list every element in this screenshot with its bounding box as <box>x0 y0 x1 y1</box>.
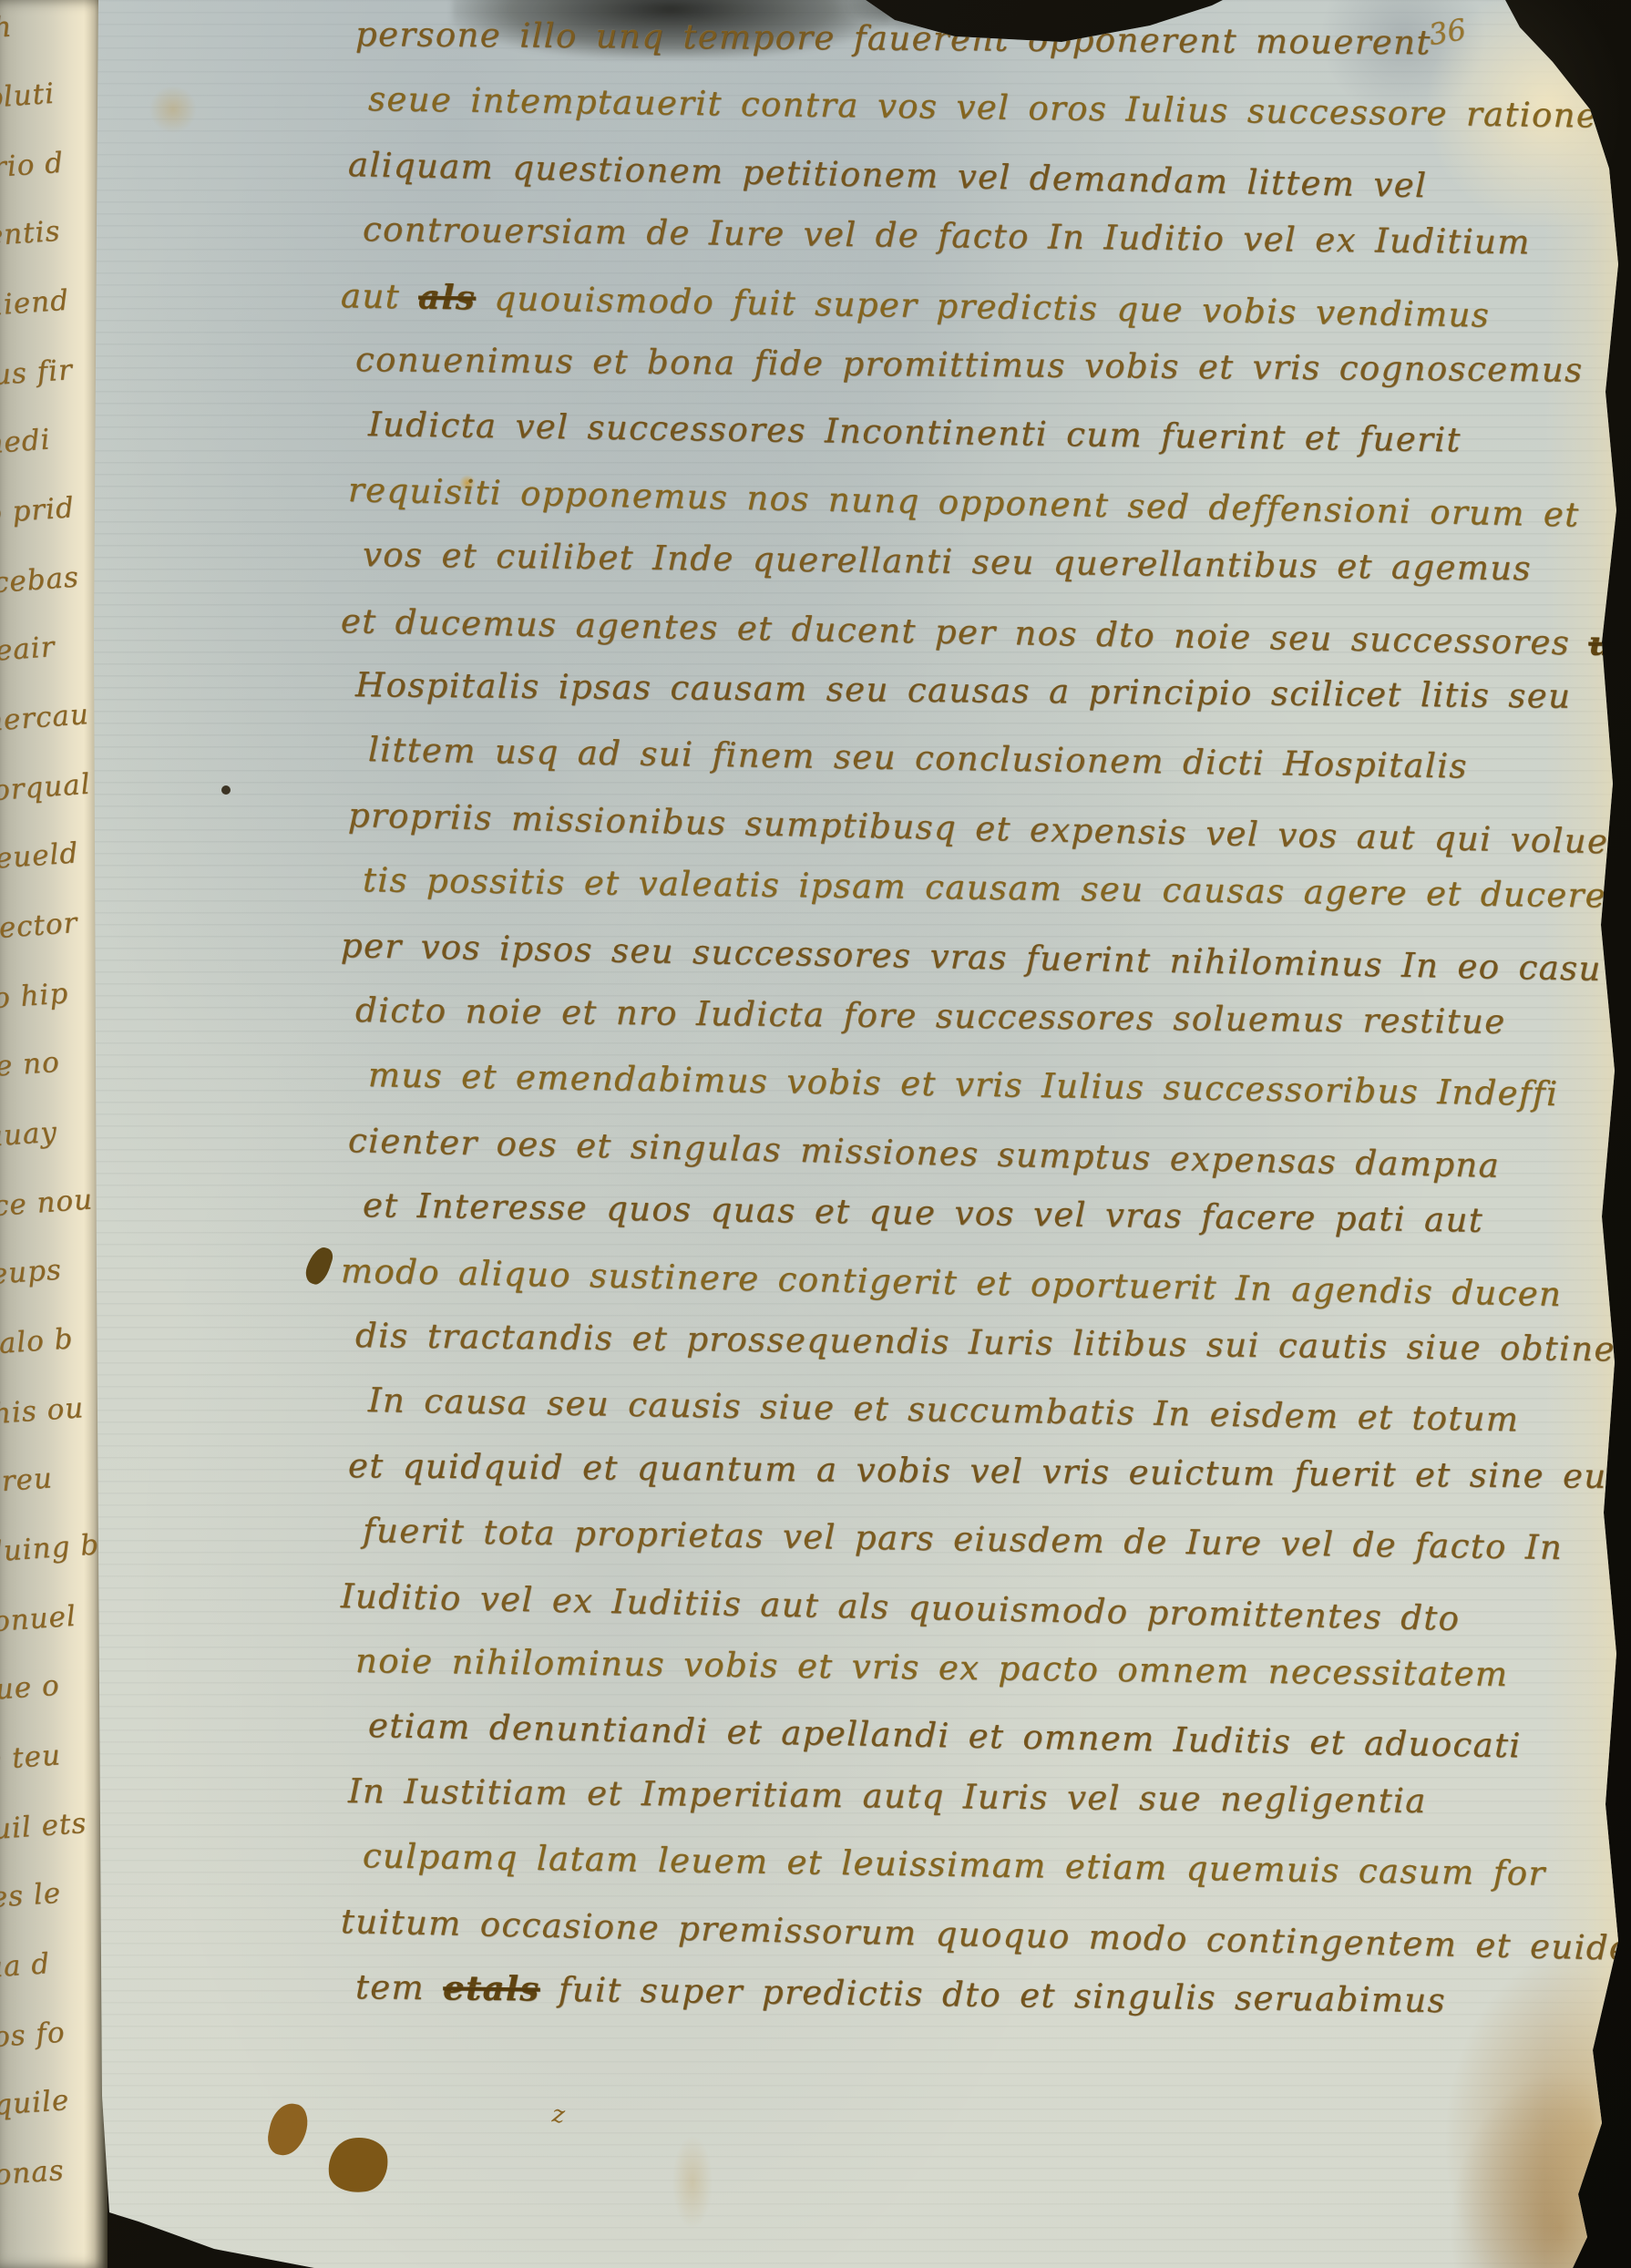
manuscript-line: et quidquid et quantum a vobis vel vris … <box>348 1446 1631 1496</box>
gutter-text-fragment: os fo <box>0 2016 67 2053</box>
gutter-text-fragment: o prid <box>0 491 76 530</box>
gutter-fragment-text: o hip <box>0 977 69 1015</box>
gutter-fragment-text: his ou <box>0 1391 85 1431</box>
gutter-text-fragment: ch <box>0 10 13 46</box>
gutter-text-fragment: ueair <box>0 631 56 669</box>
manuscript-line: propriis missionibus sumptibusq et expen… <box>348 795 1631 862</box>
gutter-fragment-text: o prid <box>0 491 76 530</box>
gutter-fragment-text: pluti <box>0 77 56 115</box>
gutter-text-fragment: e teu <box>0 1739 62 1777</box>
manuscript-line: et Interesse quos quas et que vos vel vr… <box>363 1185 1484 1240</box>
text-block: persone illo unq tempore fauerent oppone… <box>0 0 1631 2268</box>
gutter-text-fragment: nercau <box>0 698 90 738</box>
manuscript-line: cienter oes et singulas missiones sumptu… <box>348 1121 1501 1185</box>
manuscript-line: Iuditio vel ex Iuditiis aut als quouismo… <box>341 1576 1461 1638</box>
manuscript-line-text: vos et cuilibet Inde querellanti seu que… <box>363 535 1532 588</box>
manuscript-line: fuerit tota proprietas vel pars eiusdem … <box>363 1511 1564 1567</box>
photograph-backdrop: ch pluti rio d ientis hiend us fir medi … <box>0 0 1631 2268</box>
manuscript-line: vos et cuilibet Inde querellanti seu que… <box>363 535 1532 588</box>
gutter-text-fragment: ralo b <box>0 1322 75 1361</box>
manuscript-line: controuersiam de Iure vel de facto In Iu… <box>363 210 1531 262</box>
manuscript-line: tem etals fuit super predictis dto et si… <box>355 1966 1447 2020</box>
gutter-text-fragment: cebas <box>0 560 80 600</box>
manuscript-line-text: fuerit tota proprietas vel pars eiusdem … <box>363 1511 1564 1567</box>
gutter-fragment-text: nercau <box>0 698 90 738</box>
gutter-fragment-text: ueair <box>0 631 56 669</box>
gutter-text-fragment: uil ets <box>0 1807 87 1846</box>
bottom-center-mark: z <box>550 2100 566 2129</box>
gutter-fragment-text: res le <box>0 1877 62 1915</box>
gutter-text-fragment: medi <box>0 423 52 461</box>
gutter-text-fragment: uuay <box>0 1115 58 1153</box>
manuscript-line: Hospitalis ipsas causam seu causas a pri… <box>355 665 1572 716</box>
manuscript-line-text: et quidquid et quantum a vobis vel vris … <box>348 1446 1631 1496</box>
manuscript-line: conuenimus et bona fide promittimus vobi… <box>355 340 1584 390</box>
gutter-fragment-text: reups <box>0 1253 63 1291</box>
manuscript-line-text: cienter oes et singulas missiones sumptu… <box>348 1121 1501 1185</box>
gutter-fragment-text: cebas <box>0 560 80 600</box>
manuscript-line: seue intemptauerit contra vos vel oros I… <box>368 79 1598 136</box>
gutter-text-fragment: his ou <box>0 1391 85 1431</box>
manuscript-line: mus et emendabimus vobis et vris Iulius … <box>368 1055 1559 1113</box>
gutter-fragment-text: equile <box>0 2084 70 2123</box>
manuscript-line: dis tractandis et prossequendis Iuris li… <box>355 1316 1631 1370</box>
gutter-text-fragment: que o <box>0 1669 61 1708</box>
manuscript-page: 36 persone illo unq tempore fauerent opp… <box>0 0 1631 2268</box>
gutter-text-fragment: orqual <box>0 768 92 807</box>
manuscript-line: modo aliquo sustinere contigerit et opor… <box>341 1251 1563 1314</box>
manuscript-line: In Iustitiam et Imperitiam autq Iuris ve… <box>348 1771 1427 1821</box>
manuscript-line: aut als quouismodo fuit super predictis … <box>341 275 1491 335</box>
manuscript-line: requisiti opponemus nos nunq opponent se… <box>348 470 1580 535</box>
gutter-text-fragment: pluti <box>0 77 56 115</box>
gutter-fragment-text: s reu <box>0 1462 54 1500</box>
manuscript-line-text: modo aliquo sustinere contigerit et opor… <box>341 1251 1563 1314</box>
manuscript-line: Iudicta vel successores Incontinenti cum… <box>368 405 1462 459</box>
gutter-text-fragment: us fir <box>0 354 74 392</box>
gutter-fragment-text: onuel <box>0 1600 77 1638</box>
manuscript-line-text: propriis missionibus sumptibusq et expen… <box>348 795 1631 862</box>
manuscript-line-text: etiam denuntiandi et apellandi et omnem … <box>368 1706 1522 1765</box>
gutter-text-fragment: hiend <box>0 284 70 323</box>
gutter-text-fragment: ue no <box>0 1046 61 1084</box>
gutter-fragment-text: ue no <box>0 1046 61 1084</box>
gutter-fragment-text: us fir <box>0 354 74 392</box>
facing-page-edge: ch pluti rio d ientis hiend us fir medi … <box>0 0 108 2268</box>
gutter-fragment-text: os fo <box>0 2016 67 2053</box>
manuscript-line-text: mus et emendabimus vobis et vris Iulius … <box>368 1055 1559 1113</box>
manuscript-line: et ducemus agentes et ducent per nos dto… <box>341 600 1631 666</box>
gutter-text-fragment: equile <box>0 2084 70 2123</box>
manuscript-line-text: persone illo unq tempore fauerent oppone… <box>355 15 1431 62</box>
manuscript-line-text: Hospitalis ipsas causam seu causas a pri… <box>355 665 1572 716</box>
gutter-fragment-text: rio d <box>0 147 65 184</box>
manuscript-line: etiam denuntiandi et apellandi et omnem … <box>368 1706 1522 1765</box>
manuscript-line-text: tuitum occasione premissorum quoquo modo… <box>341 1902 1631 1968</box>
gutter-text-fragment: heueld <box>0 836 79 877</box>
gutter-fragment-text: uuay <box>0 1115 58 1153</box>
manuscript-line-text: conuenimus et bona fide promittimus vobi… <box>355 340 1584 390</box>
manuscript-line-text: In Iustitiam et Imperitiam autq Iuris ve… <box>348 1771 1427 1821</box>
manuscript-line-text: controuersiam de Iure vel de facto In Iu… <box>363 210 1531 262</box>
manuscript-line-text: seue intemptauerit contra vos vel oros I… <box>368 79 1598 136</box>
gutter-fragment-text: uil ets <box>0 1807 87 1846</box>
manuscript-line: littem usq ad sui finem seu conclusionem… <box>368 730 1468 785</box>
gutter-text-fragment: res le <box>0 1877 62 1915</box>
manuscript-line-text: noie nihilominus vobis et vris ex pacto … <box>355 1641 1509 1694</box>
manuscript-line-text: et ducemus agentes et ducent per nos dto… <box>341 601 1631 666</box>
manuscript-line-text: tis possitis et valeatis ipsam causam se… <box>363 860 1606 915</box>
gutter-text-fragment: rio d <box>0 147 65 184</box>
manuscript-line: dicto noie et nro Iudicta fore successor… <box>355 990 1506 1042</box>
gutter-fragment-text: ientis <box>0 215 62 253</box>
manuscript-line-text: dis tractandis et prossequendis Iuris li… <box>355 1316 1631 1370</box>
gutter-fragment-text: ralo b <box>0 1322 75 1361</box>
gutter-text-fragment: jonas <box>0 2154 66 2192</box>
gutter-fragment-text: rector <box>0 907 78 946</box>
gutter-text-fragment: onuel <box>0 1600 77 1638</box>
manuscript-line: aliquam questionem petitionem vel demand… <box>348 145 1428 205</box>
manuscript-line-text: et Interesse quos quas et que vos vel vr… <box>363 1185 1484 1240</box>
gutter-fragment-text: orqual <box>0 768 92 807</box>
manuscript-line-text: culpamq latam leuem et leuissimam etiam … <box>363 1836 1546 1893</box>
manuscript-line: tis possitis et valeatis ipsam causam se… <box>363 860 1606 915</box>
manuscript-line: In causa seu causis siue et succumbatis … <box>368 1380 1520 1439</box>
manuscript-line-text: In causa seu causis siue et succumbatis … <box>368 1380 1520 1439</box>
manuscript-line-text: aliquam questionem petitionem vel demand… <box>348 145 1428 205</box>
manuscript-line-text: littem usq ad sui finem seu conclusionem… <box>368 730 1468 785</box>
gutter-fragment-text: heueld <box>0 836 79 877</box>
manuscript-line-text: per vos ipsos seu successores vras fueri… <box>341 926 1631 990</box>
manuscript-line-text: Iudicta vel successores Incontinenti cum… <box>368 405 1462 459</box>
manuscript-line-text: tem etals fuit super predictis dto et si… <box>355 1967 1447 2020</box>
gutter-fragment-text: hiend <box>0 284 70 323</box>
manuscript-line: persone illo unq tempore fauerent oppone… <box>355 15 1431 62</box>
gutter-text-fragment: ce nou <box>0 1183 94 1223</box>
gutter-text-fragment: duing b <box>0 1528 100 1569</box>
manuscript-line: noie nihilominus vobis et vris ex pacto … <box>355 1641 1509 1694</box>
gutter-text-fragment: ua d <box>0 1947 51 1985</box>
gutter-text-fragment: reups <box>0 1253 63 1291</box>
manuscript-line: tuitum occasione premissorum quoquo modo… <box>341 1902 1631 1968</box>
manuscript-line: per vos ipsos seu successores vras fueri… <box>341 926 1631 990</box>
gutter-fragment-text: ce nou <box>0 1183 94 1223</box>
gutter-text-fragment: s reu <box>0 1462 54 1500</box>
manuscript-line-text: requisiti opponemus nos nunq opponent se… <box>348 470 1580 535</box>
gutter-fragment-text: jonas <box>0 2154 66 2192</box>
gutter-fragment-text: medi <box>0 423 52 461</box>
manuscript-line-text: dicto noie et nro Iudicta fore successor… <box>355 990 1506 1042</box>
manuscript-line: culpamq latam leuem et leuissimam etiam … <box>363 1836 1546 1893</box>
gutter-fragment-text: ch <box>0 10 13 46</box>
gutter-fragment-text: que o <box>0 1669 61 1708</box>
manuscript-line-text: aut als quouismodo fuit super predictis … <box>341 276 1491 335</box>
gutter-text-fragment: rector <box>0 907 78 946</box>
gutter-fragment-text: ua d <box>0 1947 51 1985</box>
manuscript-line-text: Iuditio vel ex Iuditiis aut als quouismo… <box>341 1576 1461 1638</box>
gutter-text-fragment: o hip <box>0 977 69 1015</box>
gutter-text-fragment: ientis <box>0 215 62 253</box>
gutter-fragment-text: duing b <box>0 1528 100 1569</box>
gutter-fragment-text: e teu <box>0 1739 62 1777</box>
